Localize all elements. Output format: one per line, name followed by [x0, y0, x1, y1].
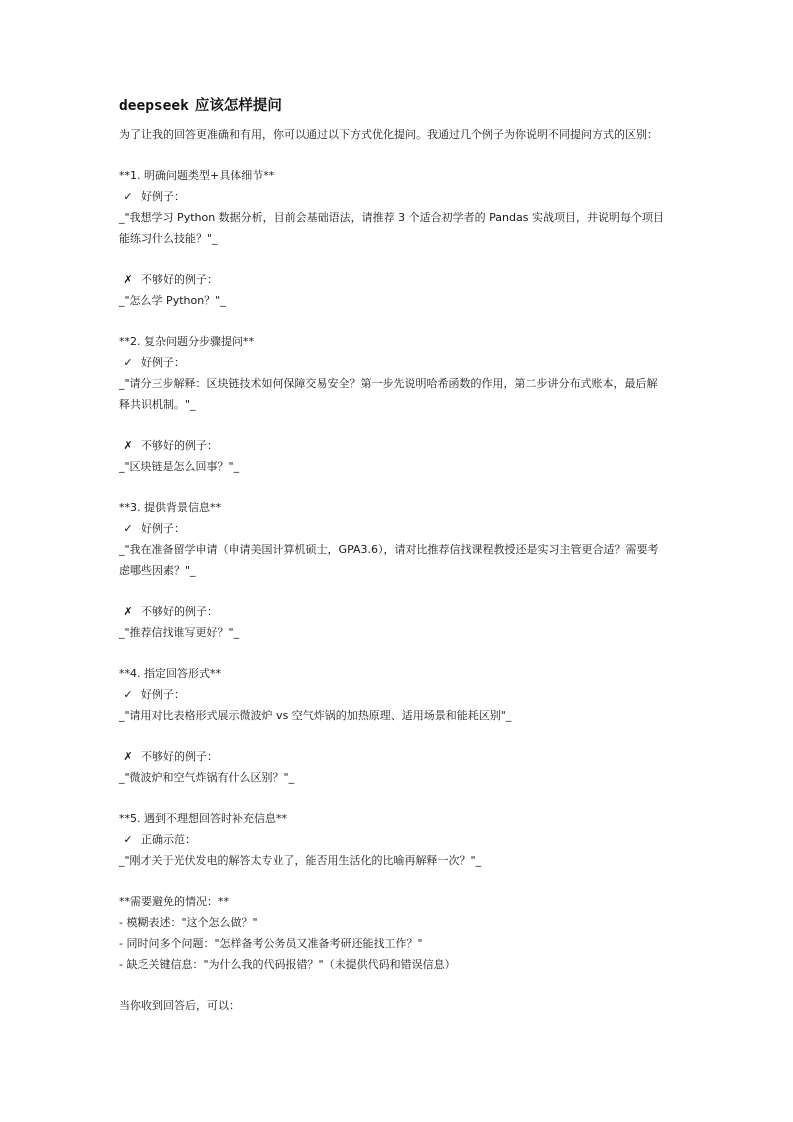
section-heading: **5. 遇到不理想回答时补充信息** [119, 808, 679, 829]
section-heading: **4. 指定回答形式** [119, 663, 679, 684]
spacer [119, 415, 679, 435]
spacer [119, 477, 679, 497]
avoid-item: - 同时问多个问题："怎样备考公务员又准备考研还能找工作？" [119, 933, 679, 954]
title-latin: deepseek [119, 98, 189, 114]
intro-paragraph: 为了让我的回答更准确和有用，你可以通过以下方式优化提问。我通过几个例子为你说明不… [119, 124, 679, 145]
good-example-label: ✓好例子： [119, 186, 679, 207]
closing-text: 当你收到回答后，可以： [119, 995, 679, 1016]
bad-example-text: _"怎么学 Python？"_ [119, 290, 679, 311]
check-icon: ✓ [121, 829, 135, 850]
spacer [119, 975, 679, 995]
check-icon: ✓ [121, 684, 135, 705]
label-text: 不够好的例子： [141, 750, 218, 763]
spacer [119, 311, 679, 331]
label-text: 好例子： [141, 688, 185, 701]
good-example-label: ✓好例子： [119, 684, 679, 705]
label-text: 好例子： [141, 522, 185, 535]
good-example-label: ✓好例子： [119, 352, 679, 373]
good-example-label: ✓正确示范： [119, 829, 679, 850]
check-icon: ✓ [121, 186, 135, 207]
spacer [119, 871, 679, 891]
section-heading: **2. 复杂问题分步骤提问** [119, 331, 679, 352]
label-text: 不够好的例子： [141, 273, 218, 286]
section-heading: **1. 明确问题类型+具体细节** [119, 165, 679, 186]
bad-example-text: _"推荐信找谁写更好？"_ [119, 622, 679, 643]
label-text: 正确示范： [141, 833, 196, 846]
good-example-text-line-2: 释共识机制。"_ [119, 394, 679, 415]
avoid-item: - 缺乏关键信息："为什么我的代码报错？"（未提供代码和错误信息） [119, 954, 679, 975]
bad-example-label: ✗不够好的例子： [119, 746, 679, 767]
cross-icon: ✗ [121, 269, 135, 290]
good-example-text-line-1: _"请用对比表格形式展示微波炉 vs 空气炸锅的加热原理、适用场景和能耗区别"_ [119, 705, 679, 726]
spacer [119, 145, 679, 165]
label-text: 好例子： [141, 190, 185, 203]
cross-icon: ✗ [121, 435, 135, 456]
label-text: 不够好的例子： [141, 439, 218, 452]
cross-icon: ✗ [121, 601, 135, 622]
good-example-text-line-2: 虑哪些因素？"_ [119, 560, 679, 581]
label-text: 好例子： [141, 356, 185, 369]
section-3: **3. 提供背景信息** ✓好例子： _"我在准备留学申请（申请美国计算机硕士… [119, 497, 679, 663]
good-example-text-line-1: _"请分三步解释：区块链技术如何保障交易安全？第一步先说明哈希函数的作用，第二步… [119, 373, 679, 394]
good-example-text-line-1: _"我想学习 Python 数据分析，目前会基础语法，请推荐 3 个适合初学者的… [119, 207, 679, 228]
bad-example-text: _"区块链是怎么回事？"_ [119, 456, 679, 477]
section-heading: **3. 提供背景信息** [119, 497, 679, 518]
bad-example-text: _"微波炉和空气炸锅有什么区别？"_ [119, 767, 679, 788]
title-cjk: 应该怎样提问 [195, 98, 282, 114]
avoid-item: - 模糊表述："这个怎么做？" [119, 912, 679, 933]
check-icon: ✓ [121, 352, 135, 373]
spacer [119, 788, 679, 808]
avoid-section: **需要避免的情况：** - 模糊表述："这个怎么做？" - 同时问多个问题："… [119, 891, 679, 995]
section-4: **4. 指定回答形式** ✓好例子： _"请用对比表格形式展示微波炉 vs 空… [119, 663, 679, 808]
document-title: deepseek应该怎样提问 [119, 94, 679, 118]
check-icon: ✓ [121, 518, 135, 539]
spacer [119, 249, 679, 269]
label-text: 不够好的例子： [141, 605, 218, 618]
good-example-text-line-1: _"刚才关于光伏发电的解答太专业了，能否用生活化的比喻再解释一次？"_ [119, 850, 679, 871]
section-5: **5. 遇到不理想回答时补充信息** ✓正确示范： _"刚才关于光伏发电的解答… [119, 808, 679, 891]
good-example-text-line-1: _"我在准备留学申请（申请美国计算机硕士，GPA3.6），请对比推荐信找课程教授… [119, 539, 679, 560]
spacer [119, 726, 679, 746]
section-1: **1. 明确问题类型+具体细节** ✓好例子： _"我想学习 Python 数… [119, 165, 679, 331]
cross-icon: ✗ [121, 746, 135, 767]
avoid-heading: **需要避免的情况：** [119, 891, 679, 912]
document-page: deepseek应该怎样提问 为了让我的回答更准确和有用，你可以通过以下方式优化… [119, 94, 679, 1016]
bad-example-label: ✗不够好的例子： [119, 601, 679, 622]
good-example-text-line-2: 能练习什么技能？"_ [119, 228, 679, 249]
spacer [119, 643, 679, 663]
good-example-label: ✓好例子： [119, 518, 679, 539]
section-2: **2. 复杂问题分步骤提问** ✓好例子： _"请分三步解释：区块链技术如何保… [119, 331, 679, 497]
bad-example-label: ✗不够好的例子： [119, 435, 679, 456]
spacer [119, 581, 679, 601]
bad-example-label: ✗不够好的例子： [119, 269, 679, 290]
